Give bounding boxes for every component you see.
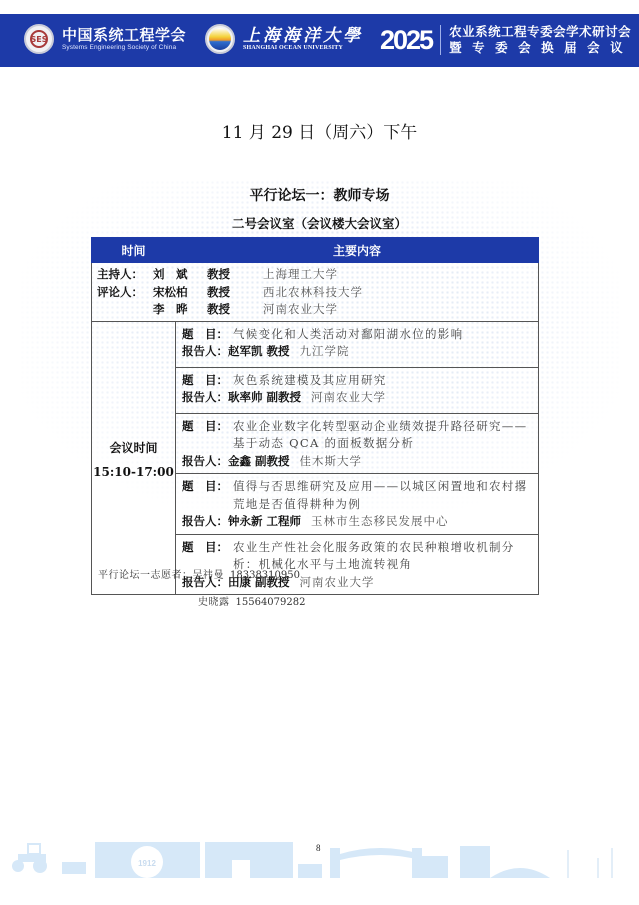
talk-title: 值得与否思维研究及应用——以城区闲置地和农村撂荒地是否值得耕种为例 [233,478,533,513]
room-title: 二号会议室（会议楼大会议室） [0,214,639,232]
sou-emblem-icon [205,24,235,54]
ses-name-en: Systems Engineering Society of China [62,43,186,52]
talk-org: 佳木斯大学 [300,453,363,471]
conference-year: 2025 [380,23,432,57]
ses-emblem-text: SES [30,30,48,48]
talk-speaker: 钟永新 工程师 [228,513,301,531]
talk-title: 农业企业数字化转型驱动企业绩效提升路径研究——基于动态 QCA 的面板数据分析 [233,418,533,453]
ses-name-cn: 中国系统工程学会 [62,27,186,43]
sou-name-en: SHANGHAI OCEAN UNIVERSITY [243,45,363,51]
volunteer-line: 平行论坛一志愿者：吴祎曼18338310950 [98,566,300,581]
badge-year: 1912 [138,859,156,868]
volunteer-name: 吴祎曼 [193,570,225,581]
table-header-row: 时间 主要内容 [92,238,539,263]
reviewer-line: 李 晔 教授 河南农业大学 [97,301,533,319]
header-content: 主要内容 [176,238,539,263]
schedule-table: 时间 主要内容 主持人： 刘 斌 教授 上海理工大学 评论人： 宋松柏 教授 西… [91,237,539,595]
talk-speaker: 赵军凯 教授 [228,343,290,361]
talk-speaker: 耿率帅 副教授 [228,389,301,407]
date-title: 11 月 29 日（周六）下午 [0,118,639,143]
session-time-value: 15:10-17:00 [92,462,175,482]
sou-name-cn: 上海海洋大學 [243,27,363,45]
conference-line1: 农业系统工程专委会学术研讨会 [449,24,633,40]
volunteer-line: 史晓露15564079282 [198,593,306,608]
volunteer-phone: 15564079282 [236,597,306,608]
talk-org: 九江学院 [300,343,350,361]
talk-title: 气候变化和人类活动对鄱阳湖水位的影响 [233,326,463,344]
sou-logo: 上海海洋大學 SHANGHAI OCEAN UNIVERSITY [205,24,363,54]
conference-title: 2025 农业系统工程专委会学术研讨会 暨专委会换届会议 [380,23,633,57]
volunteer-phone: 18338310950 [230,570,300,581]
talk-org: 玉林市生态移民发展中心 [311,513,449,531]
host-line: 主持人： 刘 斌 教授 上海理工大学 [97,266,533,284]
session-time-label: 会议时间 [92,434,175,462]
talk-org: 河南农业大学 [311,389,386,407]
divider [440,25,441,55]
header-time: 时间 [92,238,176,263]
ses-logo: SES 中国系统工程学会 Systems Engineering Society… [24,24,186,54]
talk-org: 河南农业大学 [300,574,375,592]
page-number: 8 [316,843,321,853]
talk-speaker: 金鑫 副教授 [228,453,290,471]
volunteer-name: 史晓露 [198,597,230,608]
forum-title: 平行论坛一：教师专场 [0,185,639,205]
ses-emblem-icon: SES [24,24,54,54]
reviewer-line: 评论人： 宋松柏 教授 西北农林科技大学 [97,284,533,302]
talk-title: 灰色系统建模及其应用研究 [233,372,387,390]
volunteer-label: 平行论坛一志愿者： [98,570,193,581]
talk-row: 会议时间 15:10-17:00 题 目：气候变化和人类活动对鄱阳湖水位的影响 … [92,321,539,367]
conference-line2: 暨专委会换届会议 [449,40,633,56]
header-banner: SES 中国系统工程学会 Systems Engineering Society… [0,14,639,67]
hosts-row: 主持人： 刘 斌 教授 上海理工大学 评论人： 宋松柏 教授 西北农林科技大学 … [92,263,539,322]
session-time-cell: 会议时间 15:10-17:00 [92,321,176,595]
